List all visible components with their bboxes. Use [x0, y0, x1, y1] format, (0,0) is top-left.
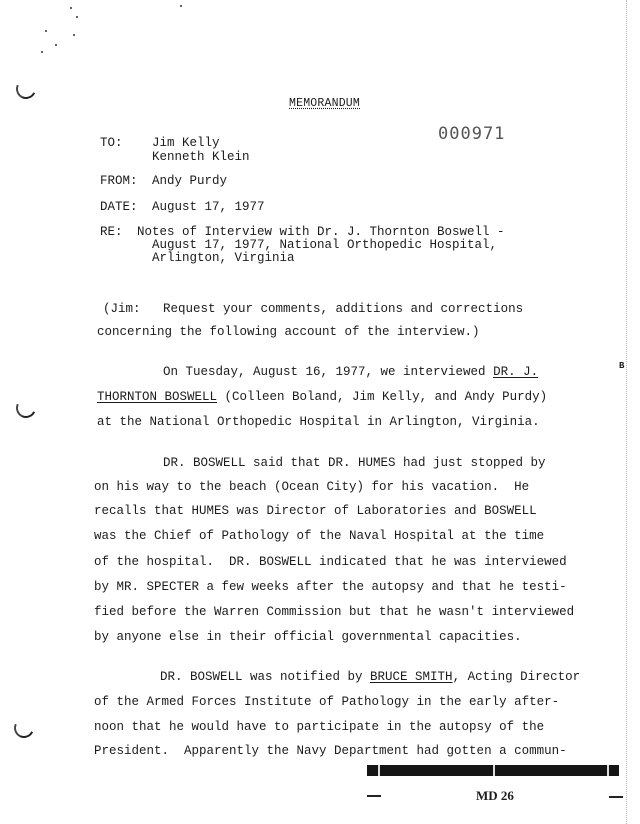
re-label: RE:	[100, 226, 123, 239]
document-stamp-number: 000971	[438, 124, 505, 144]
paragraph-2-line: recalls that HUMES was Director of Labor…	[94, 505, 537, 518]
memo-title: MEMORANDUM	[289, 97, 360, 110]
scan-speck	[41, 51, 43, 53]
footer-dash	[609, 796, 623, 798]
re-subject-line: Arlington, Virginia	[152, 252, 295, 265]
paragraph-3-line: DR. BOSWELL was notified by BRUCE SMITH,…	[160, 671, 580, 684]
re-subject-line: Notes of Interview with Dr. J. Thornton …	[137, 226, 505, 239]
paragraph-1-line: On Tuesday, August 16, 1977, we intervie…	[163, 366, 538, 379]
page-code: MD 26	[476, 788, 514, 804]
punch-hole-icon	[13, 395, 39, 421]
interviewee-name: THORNTON BOSWELL	[97, 390, 217, 404]
re-subject-line: August 17, 1977, National Orthopedic Hos…	[152, 239, 497, 252]
scan-margin-dots	[626, 0, 627, 824]
interviewee-name: DR. J.	[493, 365, 538, 379]
scan-speck	[180, 5, 182, 7]
text: DR. BOSWELL was notified by	[160, 670, 370, 684]
scan-speck	[70, 7, 72, 9]
text: (Colleen Boland, Jim Kelly, and Andy Pur…	[217, 390, 547, 404]
paragraph-1-line: THORNTON BOSWELL (Colleen Boland, Jim Ke…	[97, 391, 547, 404]
paragraph-1-line: at the National Orthopedic Hospital in A…	[97, 416, 540, 429]
to-recipient: Jim Kelly	[152, 137, 220, 150]
paragraph-2-line: by anyone else in their official governm…	[94, 631, 522, 644]
paragraph-3-line: of the Armed Forces Institute of Patholo…	[94, 696, 559, 709]
paragraph-3-line: President. Apparently the Navy Departmen…	[94, 745, 567, 758]
note-line: (Jim: Request your comments, additions a…	[103, 303, 523, 316]
footer-dash	[367, 795, 381, 797]
text: On Tuesday, August 16, 1977, we intervie…	[163, 365, 493, 379]
date-label: DATE:	[100, 201, 138, 214]
date-value: August 17, 1977	[152, 201, 265, 214]
to-label: TO:	[100, 137, 123, 150]
punch-hole-icon	[11, 715, 37, 741]
from-value: Andy Purdy	[152, 175, 227, 188]
paragraph-3-line: noon that he would have to participate i…	[94, 721, 544, 734]
margin-mark: B	[619, 362, 624, 371]
redaction-gap	[493, 765, 495, 776]
from-label: FROM:	[100, 175, 138, 188]
scan-speck	[73, 34, 75, 36]
person-name: BRUCE SMITH	[370, 670, 453, 684]
paragraph-2-line: of the hospital. DR. BOSWELL indicated t…	[94, 556, 567, 569]
paragraph-2-line: fied before the Warren Commission but th…	[94, 606, 574, 619]
paragraph-2-line: on his way to the beach (Ocean City) for…	[94, 481, 529, 494]
redaction-gap	[378, 765, 380, 776]
scan-speck	[45, 30, 47, 32]
paragraph-2-line: by MR. SPECTER a few weeks after the aut…	[94, 581, 567, 594]
paragraph-2-line: was the Chief of Pathology of the Naval …	[94, 530, 544, 543]
redaction-gap	[607, 765, 609, 776]
note-line: concerning the following account of the …	[97, 326, 480, 339]
text: , Acting Director	[453, 670, 581, 684]
punch-hole-icon	[13, 76, 39, 102]
to-recipient: Kenneth Klein	[152, 151, 250, 164]
paragraph-2-line: DR. BOSWELL said that DR. HUMES had just…	[163, 457, 546, 470]
scan-speck	[76, 16, 78, 18]
scan-speck	[55, 44, 57, 46]
